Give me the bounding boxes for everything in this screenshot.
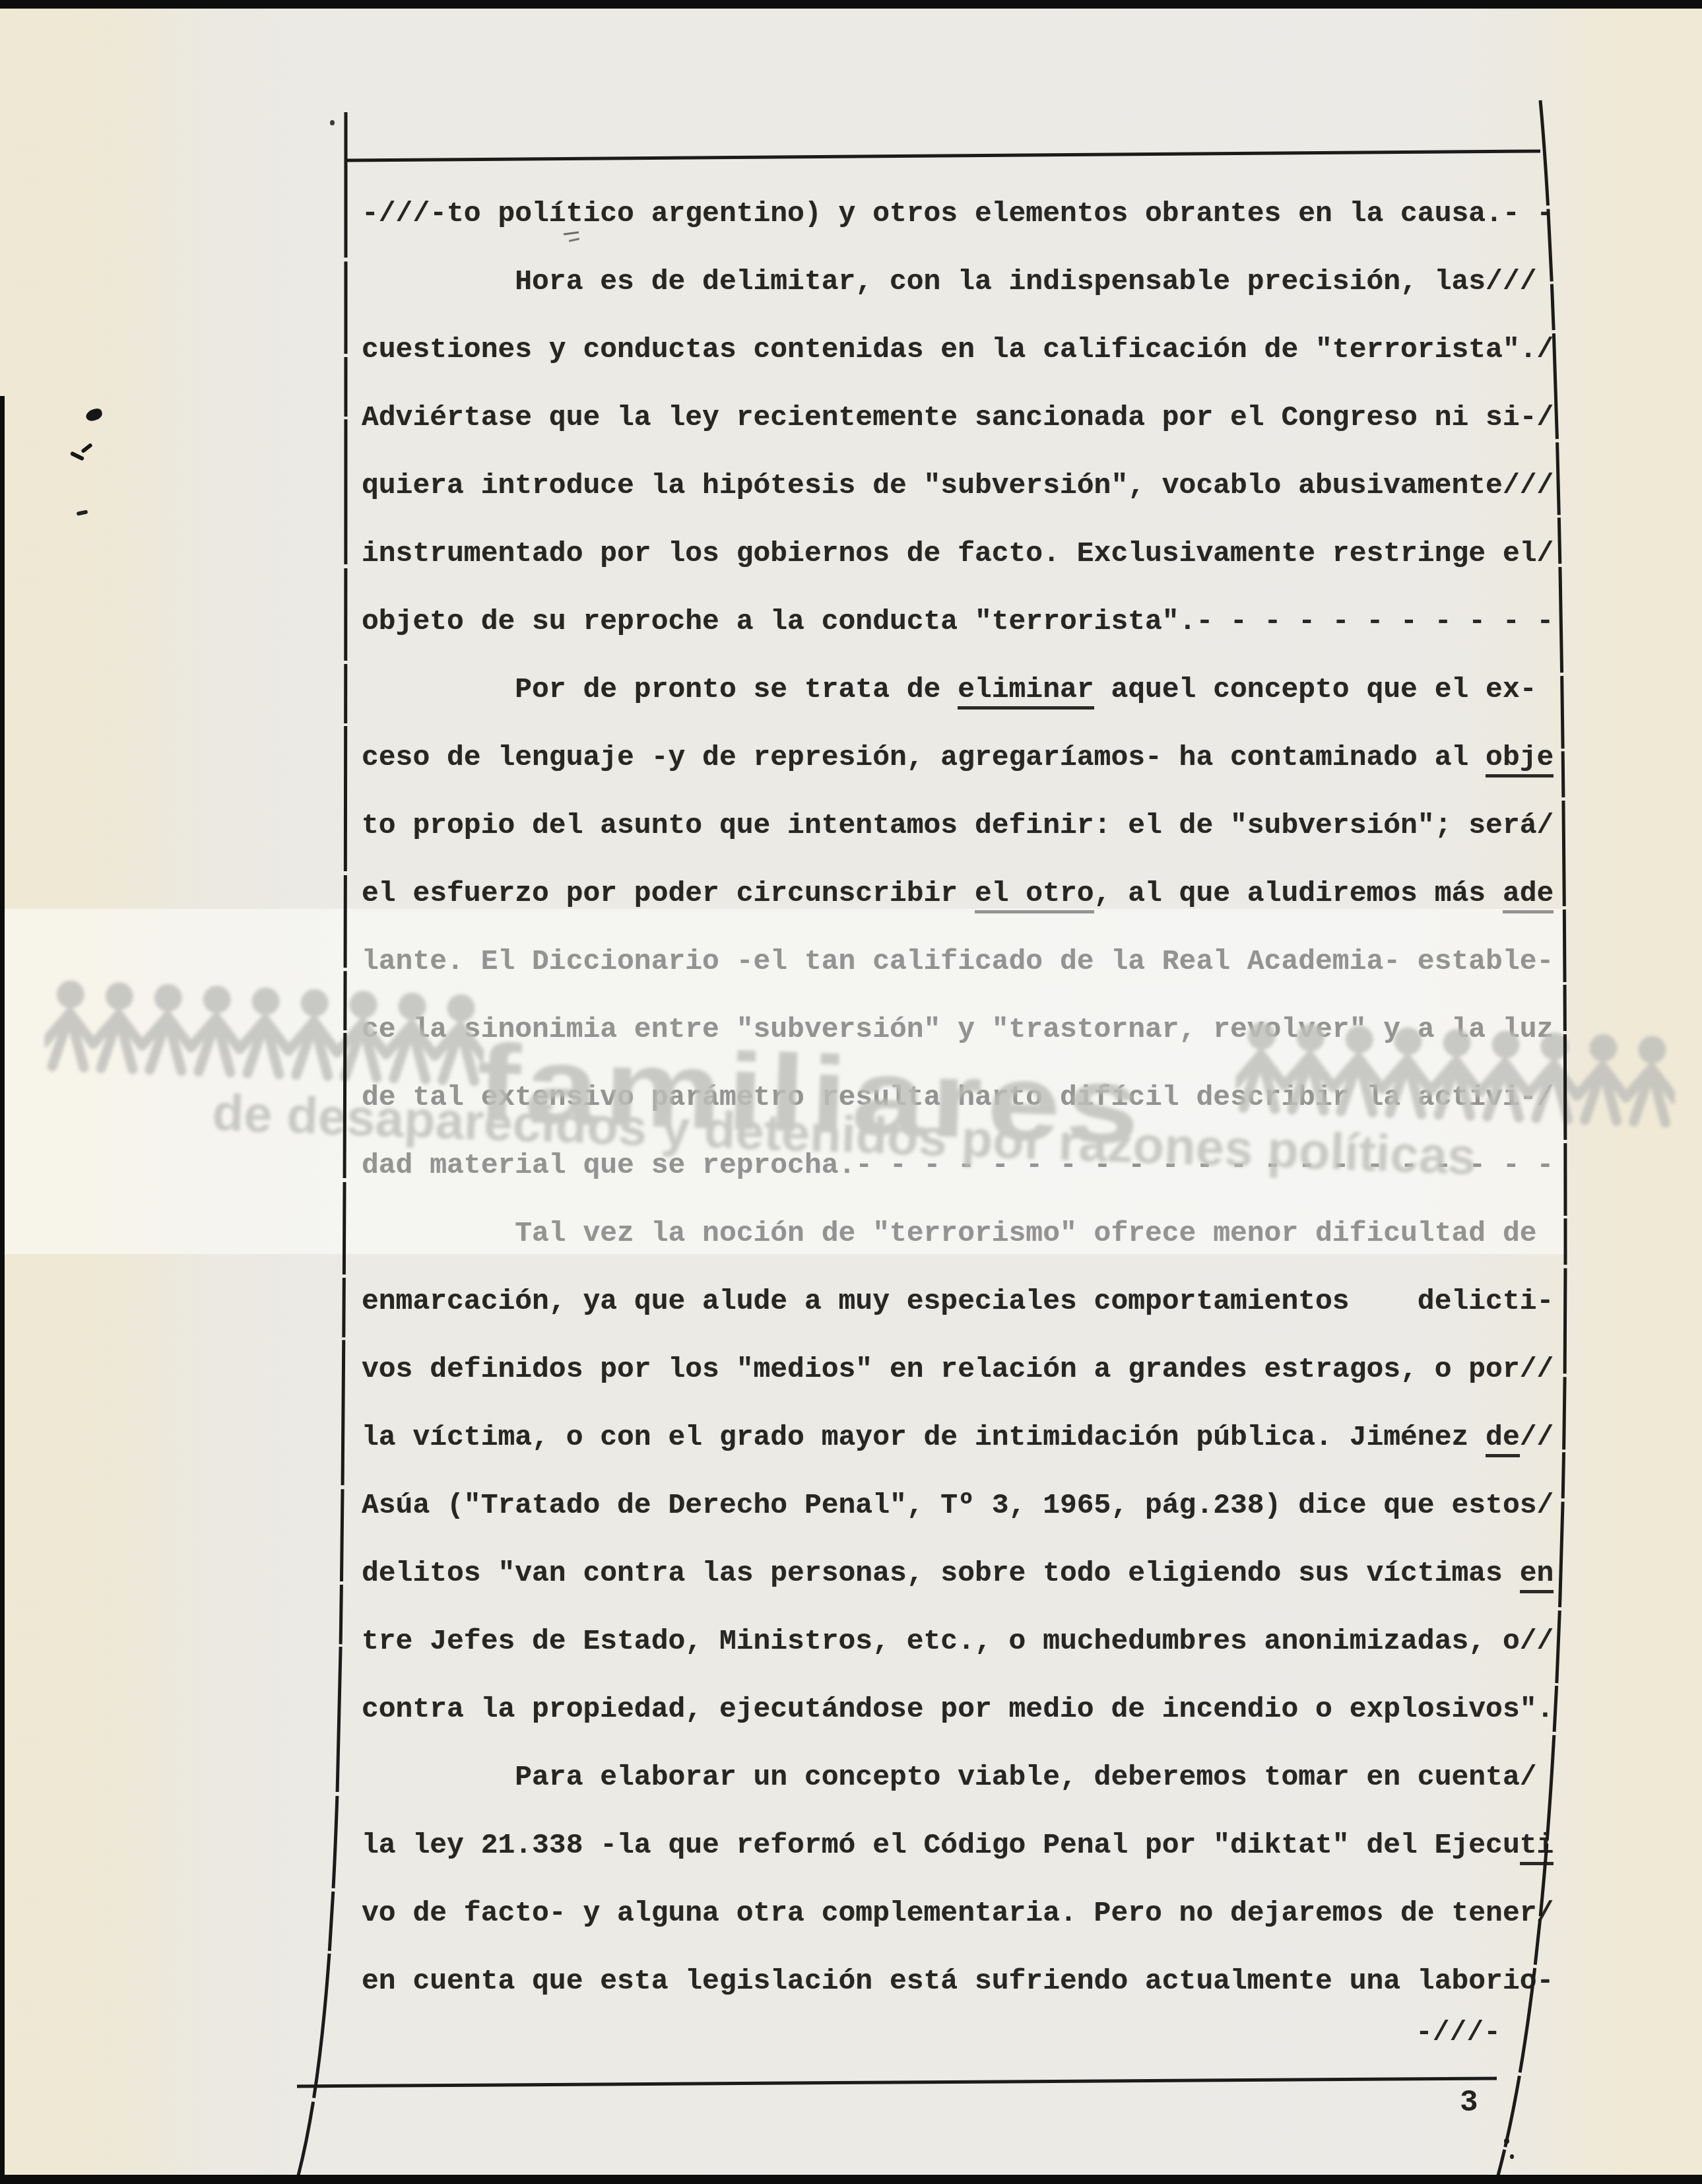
ink-dot	[1510, 2154, 1514, 2159]
watermark: familiares de desaparecidos y detenidos …	[30, 954, 1683, 1295]
document-line: vo de facto- y alguna otra complementari…	[362, 1879, 1564, 1947]
document-line: Adviértase que la ley recientemente sanc…	[362, 383, 1564, 451]
margin-mark	[330, 120, 335, 125]
margin-mark	[77, 510, 88, 515]
continuation-mark: -///-	[362, 1999, 1564, 2067]
document-line: to propio del asunto que intentamos defi…	[362, 791, 1564, 859]
document-line: instrumentado por los gobiernos de facto…	[362, 519, 1564, 587]
border-top-line	[346, 151, 1540, 160]
page-number: 3	[1460, 2084, 1478, 2121]
border-bottom-line	[297, 2078, 1497, 2086]
document-line: contra la propiedad, ejecutándose por me…	[362, 1675, 1564, 1743]
document-line: delitos "van contra las personas, sobre …	[362, 1539, 1564, 1607]
document-line: la ley 21.338 -la que reformó el Código …	[362, 1811, 1564, 1879]
document-line: objeto de su reproche a la conducta "ter…	[362, 587, 1564, 655]
paper-doll-chain-right-icon	[1234, 1015, 1677, 1136]
document-line: -///-to político argentino) y otros elem…	[362, 180, 1564, 248]
scan-edge-bottom	[0, 2175, 1702, 2184]
document-line: Por de pronto se trata de eliminar aquel…	[362, 655, 1564, 723]
document-line: tre Jefes de Estado, Ministros, etc., o …	[362, 1607, 1564, 1675]
scan-edge-top	[0, 0, 1702, 9]
document-line: Asúa ("Tratado de Derecho Penal", Tº 3, …	[362, 1471, 1564, 1539]
document-line: cuestiones y conductas contenidas en la …	[362, 315, 1564, 383]
document-line: Hora es de delimitar, con la indispensab…	[362, 248, 1564, 315]
document-line: ceso de lenguaje -y de represión, agrega…	[362, 723, 1564, 791]
scanned-page: -///-to político argentino) y otros elem…	[0, 0, 1702, 2184]
document-line: la víctima, o con el grado mayor de inti…	[362, 1403, 1564, 1471]
document-line: vos definidos por los "medios" en relaci…	[362, 1335, 1564, 1403]
scan-edge-left	[0, 396, 5, 2184]
paper-doll-chain-left-icon	[43, 974, 486, 1094]
margin-mark	[84, 407, 103, 422]
margin-mark	[81, 443, 93, 453]
ink-dot	[1504, 2138, 1509, 2144]
document-line: quiera introduce la hipótesis de "subver…	[362, 451, 1564, 519]
document-line: Para elaborar un concepto viable, debere…	[362, 1743, 1564, 1811]
